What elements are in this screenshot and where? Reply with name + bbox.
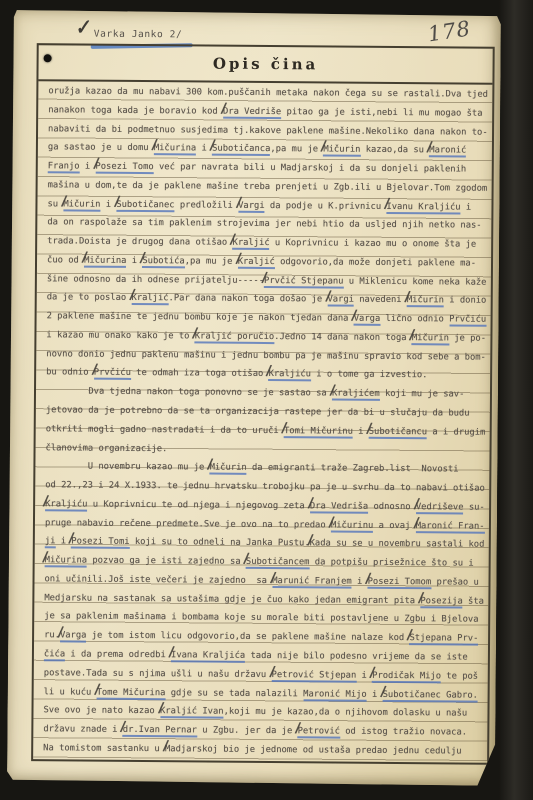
- annotated-name: Mičurin: [210, 463, 247, 475]
- annotated-name: Mičurina: [84, 255, 126, 267]
- annotated-name: Dra Vedriša: [310, 501, 368, 513]
- annotated-name: Maronić Mijo: [303, 689, 367, 701]
- annotated-name: Kada: [310, 539, 331, 549]
- header-note: Varka Janko 2/: [94, 29, 183, 41]
- annotated-name: Subotičanca: [212, 144, 270, 156]
- punch-hole: [44, 54, 52, 62]
- annotated-name: Prvčić Stjepanu: [264, 276, 344, 289]
- annotated-name: dr.Ivan Pernar: [123, 725, 197, 738]
- checkmark-icon: ✓: [75, 15, 92, 40]
- page-title: Opis čina: [213, 55, 319, 74]
- scan-spine-shadow: [499, 0, 533, 800]
- annotated-name: Madjarskoj: [165, 744, 218, 754]
- annotated-name: Kraljiću: [45, 499, 87, 511]
- annotated-name: Posezi Tomom: [368, 577, 432, 589]
- annotated-name: Franjo: [48, 161, 80, 173]
- annotated-name: Kraljić poručio: [195, 331, 275, 344]
- annotated-name: Kraljić: [232, 238, 269, 250]
- annotated-name: Varga: [60, 631, 87, 643]
- annotated-name: Stjepana Prv-: [409, 633, 478, 646]
- annotated-name: Kraljić Ivan: [160, 706, 224, 718]
- annotated-name: Subotičancem: [246, 557, 310, 569]
- annotated-name: Varga: [354, 314, 381, 326]
- annotated-name: Posezi Tomo: [95, 162, 153, 174]
- annotated-name: Mičurin: [323, 145, 360, 157]
- page-number: 178: [426, 16, 472, 46]
- annotated-name: Maronić: [429, 146, 466, 158]
- annotated-name: Prvčiću: [449, 315, 486, 327]
- annotated-name: Subotičanec: [116, 199, 174, 211]
- annotated-name: Kraljiću: [269, 370, 311, 382]
- annotated-name: Maronić Fran-: [416, 521, 485, 534]
- annotated-name: Mičurina: [154, 143, 196, 155]
- annotated-name: Marunić Franjem: [272, 576, 352, 589]
- annotated-name: Mičurin: [412, 333, 449, 345]
- annotated-name: Mičurin: [63, 199, 100, 211]
- annotated-name: Subotičancu: [369, 427, 427, 439]
- annotated-name: Petrović: [298, 726, 340, 738]
- annotated-name: Tome Mičurina: [97, 687, 166, 700]
- annotated-name: Kraljić: [238, 257, 275, 269]
- annotated-name: Posezi Tomi: [71, 537, 129, 549]
- annotated-name: Subotića: [142, 256, 184, 268]
- annotated-name: Prvčiću: [94, 368, 131, 380]
- annotated-name: čića: [44, 649, 65, 661]
- annotated-name: Ivanu Kraljiću: [386, 202, 460, 215]
- annotated-name: Prodičak Mijo: [372, 671, 441, 684]
- annotated-name: Kraljić: [131, 293, 168, 305]
- document-body: oružja kazao da mu nabavi 300 kom.puščan…: [33, 81, 492, 763]
- annotated-name: Kraljićem: [332, 389, 380, 401]
- annotated-name: Vargi: [327, 295, 354, 307]
- form-frame: Opis čina oružja kazao da mu nabavi 300 …: [31, 43, 495, 765]
- annotated-name: Subotičanec Gabro.: [383, 689, 478, 702]
- annotated-name: Posezija: [420, 596, 462, 608]
- annotated-name: Ivana Kraljića: [171, 650, 245, 663]
- annotated-name: Vedriševe: [416, 502, 464, 514]
- annotated-name: Mičurina: [45, 555, 87, 567]
- document-page: ✓ Varka Janko 2/ 178 Opis čina oružja ka…: [7, 10, 501, 786]
- annotated-name: Vargi: [238, 200, 265, 212]
- text-line: Na tomistom sastanku u Madjarskoj bio je…: [43, 743, 487, 765]
- annotated-name: Tomi Mičurinu: [284, 426, 353, 439]
- annotated-name: Dra Vedriše: [223, 106, 281, 118]
- annotated-name: Mičurin: [407, 296, 444, 308]
- form-title-band: Opis čina: [38, 45, 492, 85]
- annotated-name: Mičurinu: [331, 520, 373, 532]
- annotated-name: Petrović Stjepan: [271, 670, 356, 683]
- annotated-name: ji: [45, 537, 56, 549]
